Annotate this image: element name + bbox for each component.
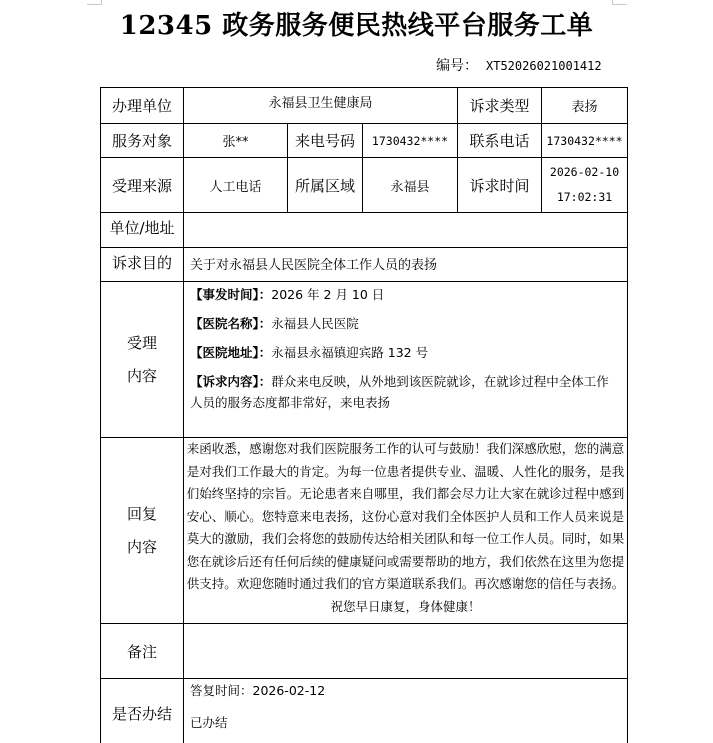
- incident-time-value: 2026 年 2 月 10 日: [271, 287, 384, 302]
- appeal-time-value: 2026-02-10 17:02:31: [542, 158, 628, 213]
- remarks-value: [184, 624, 628, 679]
- hospital-address-value: 永福县永福镇迎宾路 132 号: [271, 345, 428, 360]
- reply-content-label: 回复 内容: [101, 438, 184, 624]
- row-purpose: 诉求目的 关于对永福县人民医院全体工作人员的表扬: [101, 248, 628, 282]
- source-value: 人工电话: [184, 158, 288, 213]
- appeal-time-label: 诉求时间: [458, 158, 542, 213]
- row-reply-content: 回复 内容 来函收悉，感谢您对我们医院服务工作的认可与鼓励！我们深感欣慰，您的满…: [101, 438, 628, 624]
- region-value: 永福县: [363, 158, 458, 213]
- page-corner-mark-left: [87, 0, 102, 5]
- acceptance-content-label: 受理 内容: [101, 282, 184, 438]
- row-remarks: 备注: [101, 624, 628, 679]
- serial-number-label: 编号：: [436, 58, 478, 74]
- page-corner-mark-right: [612, 0, 627, 5]
- region-label: 所属区域: [288, 158, 363, 213]
- hospital-name-item: 【医院名称】：永福县人民医院: [190, 313, 621, 334]
- hospital-name-key: 【医院名称】：: [190, 316, 271, 331]
- incident-time-item: 【事发时间】：2026 年 2 月 10 日: [190, 284, 621, 305]
- remarks-label: 备注: [101, 624, 184, 679]
- row-acceptance-content: 受理 内容 【事发时间】：2026 年 2 月 10 日 【医院名称】：永福县人…: [101, 282, 628, 438]
- hospital-address-item: 【医院地址】：永福县永福镇迎宾路 132 号: [190, 342, 621, 363]
- address-value: [184, 213, 628, 248]
- row-address: 单位/地址: [101, 213, 628, 248]
- caller-number-value: 1730432****: [363, 124, 458, 158]
- row-handling-unit: 办理单位 永福县卫生健康局 诉求类型 表扬: [101, 88, 628, 124]
- reply-content-value: 来函收悉，感谢您对我们医院服务工作的认可与鼓励！我们深感欣慰，您的满意是对我们工…: [184, 438, 628, 624]
- completed-label: 是否办结: [101, 679, 184, 743]
- contact-phone-value: 1730432****: [542, 124, 628, 158]
- hospital-name-value: 永福县人民医院: [271, 316, 359, 331]
- acceptance-label-line2: 内容: [101, 360, 183, 393]
- address-label: 单位/地址: [101, 213, 184, 248]
- row-completion: 是否办结 答复时间：2026-02-12 已办结: [101, 679, 628, 743]
- appeal-clock: 17:02:31: [542, 185, 627, 210]
- service-target-value: 张**: [184, 124, 288, 158]
- appeal-content-item: 【诉求内容】：群众来电反映，从外地到该医院就诊，在就诊过程中全体工作人员的服务态…: [190, 371, 621, 413]
- reply-label-line1: 回复: [101, 498, 183, 531]
- reply-label-line2: 内容: [101, 531, 183, 564]
- incident-time-key: 【事发时间】：: [190, 287, 271, 302]
- purpose-label: 诉求目的: [101, 248, 184, 282]
- hospital-address-key: 【医院地址】：: [190, 345, 271, 360]
- document-title: 12345 政务服务便民热线平台服务工单: [0, 6, 713, 46]
- row-service-target: 服务对象 张** 来电号码 1730432**** 联系电话 1730432**…: [101, 124, 628, 158]
- handling-unit-label: 办理单位: [101, 88, 184, 124]
- contact-phone-label: 联系电话: [458, 124, 542, 158]
- appeal-date: 2026-02-10: [542, 160, 627, 185]
- work-order-table: 办理单位 永福县卫生健康局 诉求类型 表扬 服务对象 张** 来电号码 1730…: [100, 87, 628, 743]
- completion-value: 答复时间：2026-02-12 已办结: [184, 679, 628, 743]
- acceptance-content-value: 【事发时间】：2026 年 2 月 10 日 【医院名称】：永福县人民医院 【医…: [184, 282, 628, 438]
- completion-status: 已办结: [190, 713, 621, 733]
- service-target-label: 服务对象: [101, 124, 184, 158]
- purpose-value: 关于对永福县人民医院全体工作人员的表扬: [184, 248, 628, 282]
- acceptance-label-line1: 受理: [101, 327, 183, 360]
- caller-number-label: 来电号码: [288, 124, 363, 158]
- serial-number-value: XT52026021001412: [486, 59, 602, 73]
- serial-number: 编号：XT52026021001412: [436, 56, 602, 77]
- source-label: 受理来源: [101, 158, 184, 213]
- handling-unit-value: 永福县卫生健康局: [184, 88, 458, 124]
- row-source: 受理来源 人工电话 所属区域 永福县 诉求时间 2026-02-10 17:02…: [101, 158, 628, 213]
- reply-time: 答复时间：2026-02-12: [190, 681, 621, 701]
- appeal-type-value: 表扬: [542, 88, 628, 124]
- appeal-content-key: 【诉求内容】：: [190, 374, 271, 389]
- appeal-type-label: 诉求类型: [458, 88, 542, 124]
